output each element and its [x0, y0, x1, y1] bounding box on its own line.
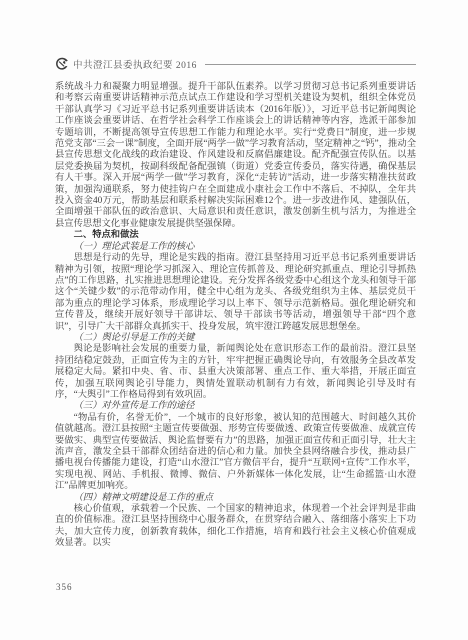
- paragraph-continuation: 系统战斗力和凝聚力明显增强。提升干部队伍素养。以学习贯彻习总书记系列重要讲话和考…: [55, 82, 416, 230]
- running-header: 中共澄江县委执政纪要 2016: [55, 57, 416, 71]
- page-content-area: 中共澄江县委执政纪要 2016 系统战斗力和凝聚力明显增强。提升干部队伍素养。以…: [55, 57, 416, 550]
- subsection-body-4: 核心价值观，承载着一个民族、一个国家的精神追求，体现着一个社会评判是非曲直的价值…: [55, 504, 416, 550]
- page-number: 356: [56, 582, 73, 592]
- subsection-body-3: “物品有价，名誉无价”，一个城市的良好形象，被认知的范围越大、时间越久其价值就越…: [55, 413, 416, 493]
- scanned-book-page: 中共澄江县委执政纪要 2016 系统战斗力和凝聚力明显增强。提升干部队伍素养。以…: [0, 0, 468, 640]
- subsection-heading-2: （二）舆论引导是工作的关键: [55, 333, 416, 344]
- party-emblem-icon: [55, 57, 69, 71]
- subsection-body-2: 舆论是影响社会发展的重要力量，新闻舆论处在意识形态工作的最前沿。澄江县坚持团结稳…: [55, 344, 416, 401]
- body-text: 系统战斗力和凝聚力明显增强。提升干部队伍素养。以学习贯彻习总书记系列重要讲话和考…: [55, 82, 416, 550]
- book-title: 中共澄江县委执政纪要 2016: [73, 57, 197, 71]
- subsection-body-1: 思想是行动的先导，理论是实践的指南。澄江县坚持用习近平总书记系列重要讲话精神为引…: [55, 253, 416, 333]
- subsection-heading-3: （三）对外宣传是工作的途径: [55, 401, 416, 412]
- subsection-heading-1: （一）理论武装是工作的核心: [55, 242, 416, 253]
- header-rule: [205, 64, 416, 65]
- section-heading: 二、特点和做法: [55, 230, 416, 241]
- subsection-heading-4: （四）精神文明建设是工作的重点: [55, 493, 416, 504]
